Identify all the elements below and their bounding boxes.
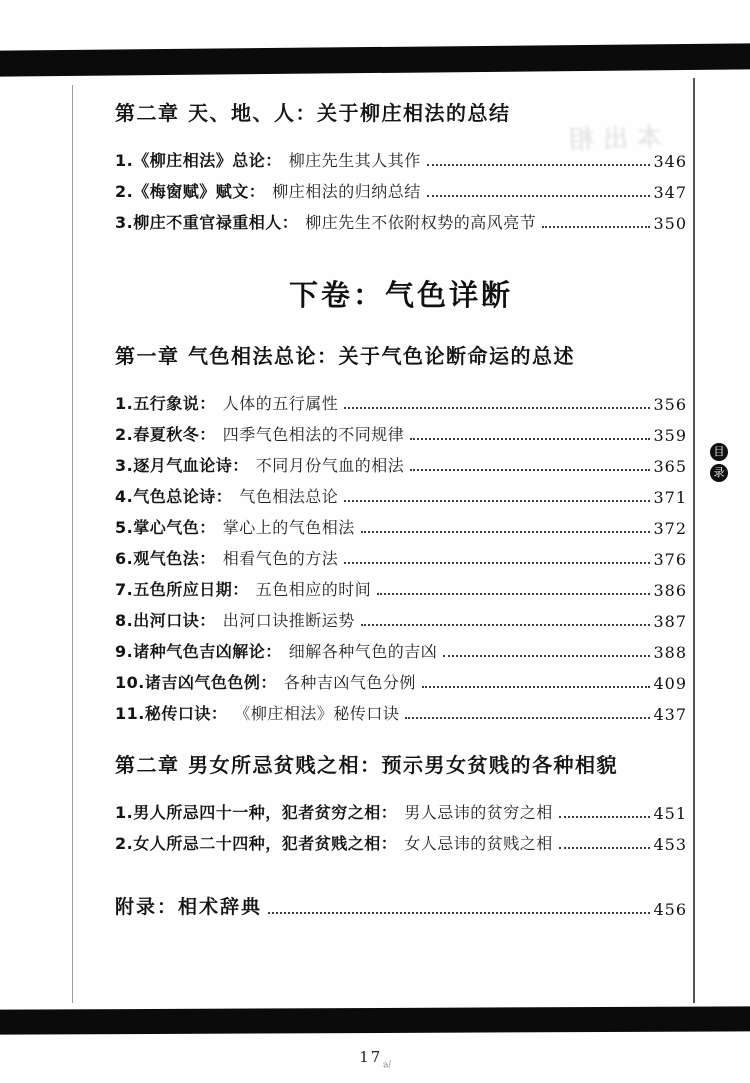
- page-frame-right-rule: [693, 78, 695, 1003]
- entry-description: 柳庄相法的归纳总结: [272, 179, 421, 202]
- entry-page-number: 451: [653, 804, 687, 823]
- entry-title: 7.五色所应日期：: [115, 577, 249, 600]
- entry-title: 5.掌心气色：: [115, 515, 216, 538]
- entry-page-number: 372: [653, 519, 687, 538]
- entry-title: 10.诸吉凶气色色例：: [115, 670, 277, 693]
- entry-page-number: 437: [653, 705, 687, 724]
- entry-description: 四季气色相法的不同规律: [223, 422, 405, 445]
- entry-description: 出河口诀推断运势: [223, 608, 355, 631]
- dot-leader: [559, 847, 651, 849]
- part-title: 下卷：气色详断: [115, 277, 687, 313]
- entry-title: 3.逐月气血论诗：: [115, 453, 249, 476]
- entry-page-number: 356: [653, 395, 687, 414]
- dot-leader: [361, 531, 651, 533]
- dot-leader: [344, 407, 650, 409]
- section-heading-3: 第二章 男女所忌贫贱之相：预示男女贫贱的各种相貌: [115, 752, 687, 778]
- entry-description: 女人忌讳的贫贱之相: [404, 831, 553, 854]
- toc-entry: 1.五行象说： 人体的五行属性 356: [115, 383, 687, 414]
- entry-description: 细解各种气色的吉凶: [289, 639, 438, 662]
- entry-page-number: 409: [653, 674, 687, 693]
- toc-entry: 2.春夏秋冬： 四季气色相法的不同规律 359: [115, 414, 687, 445]
- page-frame-left-rule: [72, 85, 73, 1003]
- entry-title: 8.出河口诀：: [115, 608, 216, 631]
- entry-description: 各种吉凶气色分例: [284, 670, 416, 693]
- section-2-entries: 1.五行象说： 人体的五行属性 356 2.春夏秋冬： 四季气色相法的不同规律 …: [115, 383, 687, 724]
- dot-leader: [422, 686, 651, 688]
- toc-entry: 6.观气色法： 相看气色的方法 376: [115, 538, 687, 569]
- dot-leader: [443, 655, 650, 657]
- entry-description: 五色相应的时间: [256, 577, 372, 600]
- dot-leader: [427, 164, 651, 166]
- entry-page-number: 376: [653, 550, 687, 569]
- entry-title: 4.气色总论诗：: [115, 484, 232, 507]
- entry-description: 不同月份气血的相法: [256, 453, 405, 476]
- section-heading-1: 第二章 天、地、人：关于柳庄相法的总结: [115, 100, 687, 126]
- appendix-entry: 附录：相术辞典 456: [115, 886, 687, 919]
- folio-number: 17: [359, 1048, 382, 1066]
- entry-page-number: 350: [653, 214, 687, 233]
- entry-description: 柳庄先生其人其作: [289, 148, 421, 171]
- side-tab-toc: 目 录: [710, 443, 728, 485]
- entry-description: 相看气色的方法: [223, 546, 339, 569]
- entry-title: 2.女人所忌二十四种，犯者贫贱之相：: [115, 831, 397, 854]
- toc-entry: 8.出河口诀： 出河口诀推断运势 387: [115, 600, 687, 631]
- dot-leader: [542, 226, 650, 228]
- section-heading-2: 第一章 气色相法总论：关于气色论断命运的总述: [115, 343, 687, 369]
- page-folio: 17a/: [0, 1048, 750, 1066]
- toc-entry: 2.女人所忌二十四种，犯者贫贱之相： 女人忌讳的贫贱之相 453: [115, 823, 687, 854]
- toc-entry: 3.柳庄不重官禄重相人： 柳庄先生不依附权势的高风亮节 350: [115, 202, 687, 233]
- dot-leader: [405, 717, 650, 719]
- section-3-entries: 1.男人所忌四十一种，犯者贫穷之相： 男人忌讳的贫穷之相 451 2.女人所忌二…: [115, 792, 687, 854]
- toc-entry: 2.《梅窗赋》赋文： 柳庄相法的归纳总结 347: [115, 171, 687, 202]
- dot-leader: [344, 500, 650, 502]
- entry-description: 气色相法总论: [239, 484, 338, 507]
- entry-description: 人体的五行属性: [223, 391, 339, 414]
- entry-page-number: 371: [653, 488, 687, 507]
- toc-entry: 9.诸种气色吉凶解论： 细解各种气色的吉凶 388: [115, 631, 687, 662]
- toc-tab-char-2: 录: [710, 464, 728, 482]
- entry-title: 6.观气色法：: [115, 546, 216, 569]
- scan-artifact-bottom-bar: [0, 1006, 750, 1034]
- entry-title: 2.《梅窗赋》赋文：: [115, 179, 265, 202]
- entry-description: 柳庄先生不依附权势的高风亮节: [305, 210, 536, 233]
- appendix-title: 附录：相术辞典: [115, 892, 262, 919]
- dot-leader: [427, 195, 651, 197]
- dot-leader: [377, 593, 650, 595]
- entry-page-number: 365: [653, 457, 687, 476]
- entry-title: 9.诸种气色吉凶解论：: [115, 639, 282, 662]
- dot-leader: [344, 562, 650, 564]
- entry-title: 3.柳庄不重官禄重相人：: [115, 210, 298, 233]
- entry-title: 11.秘传口诀：: [115, 701, 227, 724]
- dot-leader: [410, 469, 650, 471]
- toc-entry: 1.《柳庄相法》总论： 柳庄先生其人其作 346: [115, 140, 687, 171]
- entry-description: 《柳庄相法》秘传口诀: [234, 701, 399, 724]
- toc-entry: 11.秘传口诀： 《柳庄相法》秘传口诀 437: [115, 693, 687, 724]
- toc-entry: 10.诸吉凶气色色例： 各种吉凶气色分例 409: [115, 662, 687, 693]
- dot-leader: [361, 624, 651, 626]
- dot-leader: [410, 438, 650, 440]
- scanned-toc-page: 本出相 第二章 天、地、人：关于柳庄相法的总结 1.《柳庄相法》总论： 柳庄先生…: [0, 0, 750, 1083]
- entry-page-number: 359: [653, 426, 687, 445]
- entry-title: 1.五行象说：: [115, 391, 216, 414]
- dot-leader: [559, 816, 651, 818]
- entry-title: 2.春夏秋冬：: [115, 422, 216, 445]
- section-1-entries: 1.《柳庄相法》总论： 柳庄先生其人其作 346 2.《梅窗赋》赋文： 柳庄相法…: [115, 140, 687, 233]
- folio-pencil-mark: a/: [383, 1059, 393, 1070]
- entry-page-number: 388: [653, 643, 687, 662]
- toc-tab-char-1: 目: [710, 443, 728, 461]
- entry-page-number: 387: [653, 612, 687, 631]
- entry-page-number: 347: [653, 183, 687, 202]
- entry-page-number: 453: [653, 835, 687, 854]
- toc-entry: 7.五色所应日期： 五色相应的时间 386: [115, 569, 687, 600]
- toc-content: 第二章 天、地、人：关于柳庄相法的总结 1.《柳庄相法》总论： 柳庄先生其人其作…: [115, 100, 687, 919]
- entry-description: 男人忌讳的贫穷之相: [404, 800, 553, 823]
- toc-entry: 1.男人所忌四十一种，犯者贫穷之相： 男人忌讳的贫穷之相 451: [115, 792, 687, 823]
- appendix-page-number: 456: [653, 900, 687, 919]
- entry-title: 1.《柳庄相法》总论：: [115, 148, 282, 171]
- entry-title: 1.男人所忌四十一种，犯者贫穷之相：: [115, 800, 397, 823]
- entry-page-number: 346: [653, 152, 687, 171]
- dot-leader: [268, 912, 650, 914]
- scan-artifact-top-bar: [0, 43, 750, 76]
- toc-entry: 3.逐月气血论诗： 不同月份气血的相法 365: [115, 445, 687, 476]
- toc-entry: 5.掌心气色： 掌心上的气色相法 372: [115, 507, 687, 538]
- entry-description: 掌心上的气色相法: [223, 515, 355, 538]
- entry-page-number: 386: [653, 581, 687, 600]
- toc-entry: 4.气色总论诗： 气色相法总论 371: [115, 476, 687, 507]
